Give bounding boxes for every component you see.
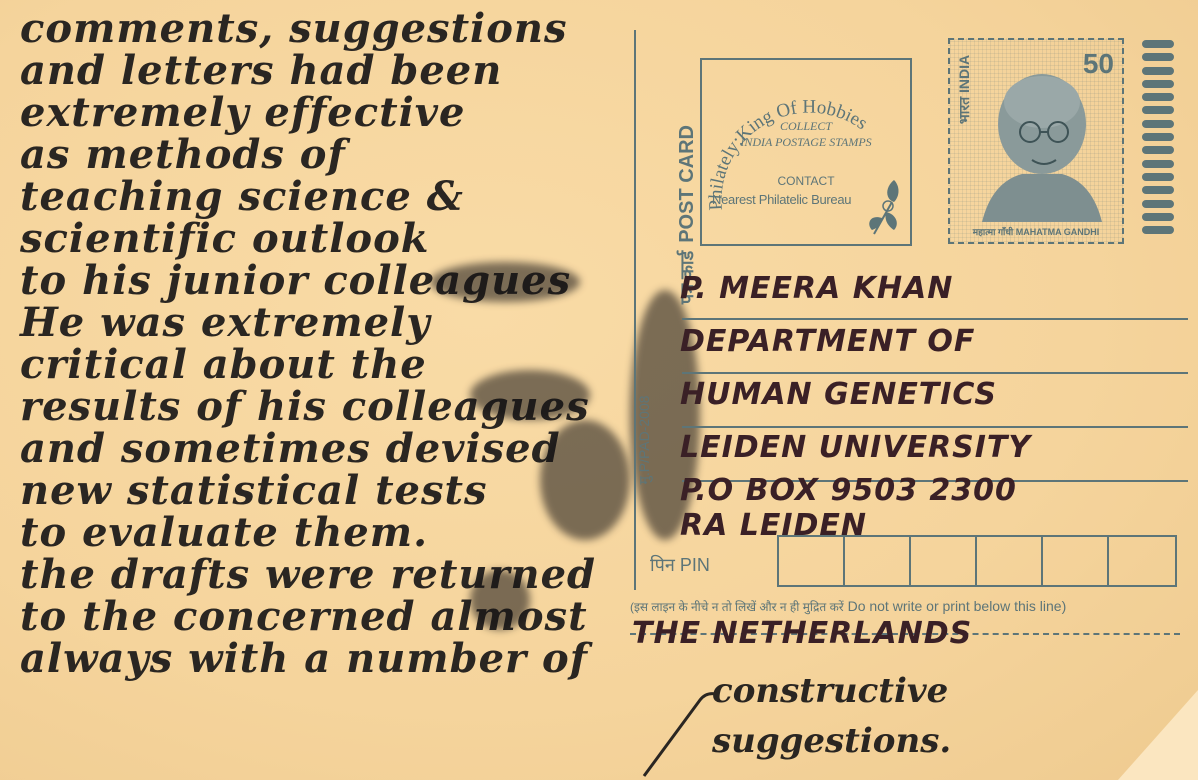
pin-code-boxes <box>777 535 1177 587</box>
philately-box: Philately:King Of Hobbies COLLECT INDIA … <box>700 58 912 246</box>
message-line: as methods of <box>20 134 660 176</box>
collect-text: COLLECT <box>702 118 910 134</box>
torn-corner <box>1118 690 1198 780</box>
ink-smudge <box>430 262 580 302</box>
handwritten-message: comments, suggestions and letters had be… <box>20 8 660 680</box>
ink-smudge <box>470 370 590 420</box>
pin-digit-box <box>845 537 911 585</box>
pin-digit-box <box>779 537 845 585</box>
barcode-bar <box>1142 106 1174 114</box>
postage-stamp: 50 भारत INDIA महात्मा गाँधी MAHATMA GAND… <box>948 38 1124 244</box>
destination-country: THE NETHERLANDS <box>632 616 972 651</box>
address-line: P. MEERA KHAN <box>680 262 1190 315</box>
message-line: always with a number of <box>20 638 660 680</box>
barcode-bar <box>1142 53 1174 61</box>
barcode-bar <box>1142 80 1174 88</box>
pin-digit-box <box>911 537 977 585</box>
barcode-bar <box>1142 120 1174 128</box>
pin-digit-box <box>1043 537 1109 585</box>
stamp-caption: महात्मा गाँधी MAHATMA GANDHI <box>950 225 1122 238</box>
barcode-bar <box>1142 67 1174 75</box>
barcode-bar <box>1142 93 1174 101</box>
recipient-address: P. MEERA KHAN DEPARTMENT OF HUMAN GENETI… <box>680 262 1190 552</box>
stamps-text: INDIA POSTAGE STAMPS <box>702 134 910 150</box>
message-line: comments, suggestions <box>20 8 660 50</box>
printer-code: मु.P/PAD-2008 <box>635 355 655 525</box>
message-line: scientific outlook <box>20 218 660 260</box>
barcode-bar <box>1142 200 1174 208</box>
ink-smudge <box>540 420 630 540</box>
address-line: DEPARTMENT OF <box>680 315 1190 368</box>
flower-icon <box>864 178 904 238</box>
do-not-write-notice: (इस लाइन के नीचे न तो लिखें और न ही मुद्… <box>630 598 1066 615</box>
gandhi-portrait-icon <box>972 62 1112 222</box>
pin-digit-box <box>1109 537 1175 585</box>
message-line: He was extremely <box>20 302 660 344</box>
barcode-bar <box>1142 40 1174 48</box>
pin-digit-box <box>977 537 1043 585</box>
barcode-bar <box>1142 213 1174 221</box>
pointer-stroke <box>640 680 720 780</box>
ink-smudge <box>470 570 530 630</box>
barcode-bar <box>1142 226 1174 234</box>
barcode-strip <box>1142 40 1174 239</box>
postcard: comments, suggestions and letters had be… <box>0 0 1198 780</box>
barcode-bar <box>1142 146 1174 154</box>
address-line: HUMAN GENETICS <box>680 368 1190 421</box>
bureau-text: Nearest Philatelic Bureau <box>712 192 851 207</box>
message-line: and letters had been <box>20 50 660 92</box>
message-line: to the concerned almost <box>20 596 660 638</box>
barcode-bar <box>1142 173 1174 181</box>
margin-note: constructive suggestions. <box>712 666 951 766</box>
margin-note-line: suggestions. <box>712 716 951 766</box>
message-line: the drafts were returned <box>20 554 660 596</box>
pin-label: पिन PIN <box>650 553 710 577</box>
barcode-bar <box>1142 133 1174 141</box>
barcode-bar <box>1142 160 1174 168</box>
barcode-bar <box>1142 186 1174 194</box>
message-line: extremely effective <box>20 92 660 134</box>
margin-note-line: constructive <box>712 666 951 716</box>
message-line: teaching science & <box>20 176 660 218</box>
